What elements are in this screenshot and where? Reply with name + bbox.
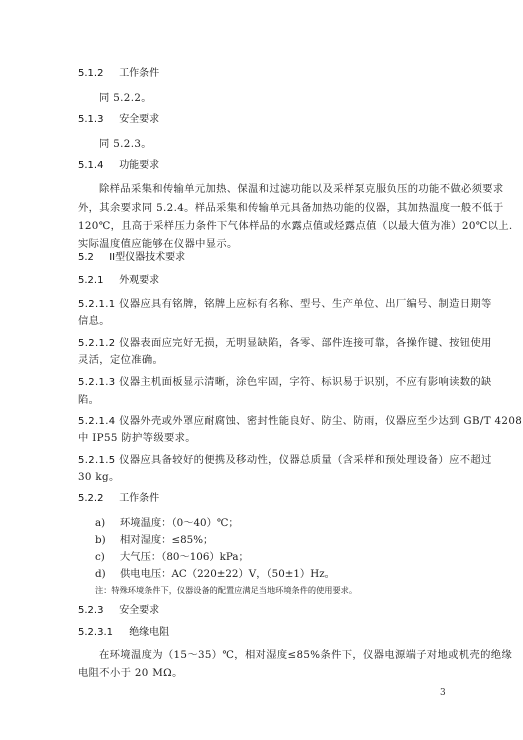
heading-5-2-2: 5.2.2 工作条件 [78, 492, 159, 506]
paragraph-line: 电阻不小于 20 MΩ。 [78, 666, 183, 680]
paragraph-line: 除样品采集和传输单元加热、保温和过滤功能以及采样泵克服负压的功能不做必须要求 [99, 182, 504, 196]
heading-5-2: 5.2 II型仪器技术要求 [78, 251, 185, 265]
paragraph-line: 120℃，且高于采样压力条件下气体样品的水露点值或烃露点值（以最大值为准）20℃… [78, 219, 513, 233]
clause-5-2-1-5: 5.2.1.5 仪器应具备较好的便携及移动性，仪器总质量（含采样和预处理设备）应… [78, 453, 492, 468]
paragraph-line: 30 kg。 [78, 470, 120, 484]
page-number: 3 [440, 688, 446, 698]
paragraph-line: 实际温度值应能够在仪器中显示。 [78, 237, 238, 251]
clause-5-2-1-2: 5.2.1.2 仪器表面应完好无损，无明显缺陷，各零、部件连接可靠，各操作键、按… [78, 336, 492, 351]
heading-5-1-4: 5.1.4 功能要求 [78, 159, 159, 173]
paragraph-line: 信息。 [78, 314, 110, 328]
heading-5-2-3-1: 5.2.3.1 绝缘电阻 [78, 626, 169, 640]
paragraph: 同 5.2.2。 [99, 91, 152, 105]
list-item: a)环境温度：（0～40）℃； [95, 516, 239, 530]
paragraph-line: 陷。 [78, 393, 99, 407]
document-page: 5.1.2 工作条件 同 5.2.2。 5.1.3 安全要求 同 5.2.3。 … [0, 0, 523, 740]
heading-5-2-3: 5.2.3 安全要求 [78, 604, 159, 618]
paragraph-line: 外，其余要求同 5.2.4。样品采集和传输单元具备加热功能的仪器，其加热温度一般… [78, 201, 504, 215]
paragraph-line: 中 IP55 防护等级要求。 [78, 431, 196, 445]
heading-5-1-3: 5.1.3 安全要求 [78, 113, 159, 127]
heading-5-1-2: 5.1.2 工作条件 [78, 67, 159, 81]
clause-5-2-1-3: 5.2.1.3 仪器主机面板显示清晰，涂色牢固，字符、标识易于识别，不应有影响读… [78, 375, 492, 390]
note: 注：特殊环境条件下，仪器设备的配置应满足当地环境条件的使用要求。 [95, 583, 357, 597]
clause-5-2-1-1: 5.2.1.1 仪器应具有铭牌，铭牌上应标有名称、型号、生产单位、出厂编号、制造… [78, 297, 492, 312]
clause-5-2-1-4: 5.2.1.4 仪器外壳或外罩应耐腐蚀、密封性能良好、防尘、防雨，仪器应至少达到… [78, 414, 522, 429]
paragraph: 同 5.2.3。 [99, 137, 152, 151]
paragraph-line: 灵活，定位准确。 [78, 353, 163, 367]
heading-5-2-1: 5.2.1 外观要求 [78, 274, 159, 288]
list-item: d)供电电压：AC（220±22）V，（50±1）Hz。 [95, 567, 335, 581]
list-item: b)相对湿度：≤85%； [95, 533, 213, 547]
paragraph-line: 在环境温度为（15～35）℃，相对湿度≤85%条件下，仪器电源端子对地或机壳的绝… [99, 648, 512, 662]
list-item: c)大气压：（80～106）kPa； [95, 550, 249, 564]
